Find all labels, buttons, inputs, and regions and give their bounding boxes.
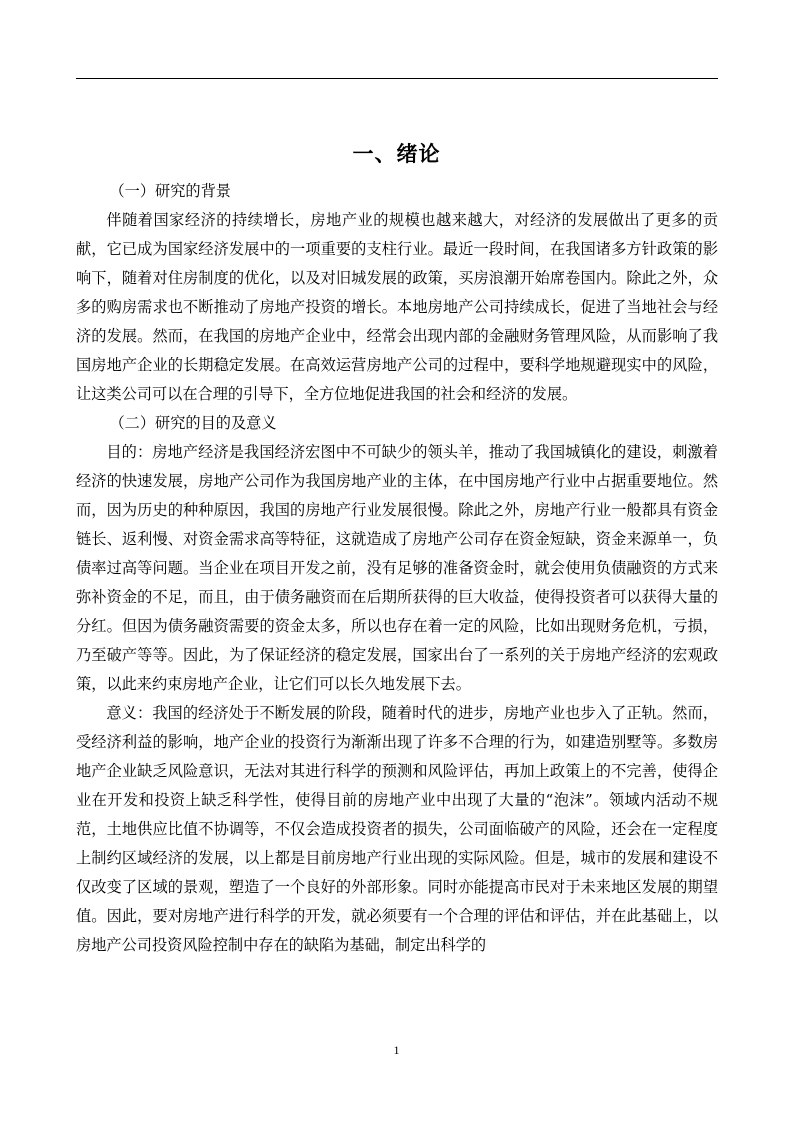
header-rule	[76, 78, 718, 79]
paragraph-background: 伴随着国家经济的持续增长，房地产业的规模也越来越大，对经济的发展做出了更多的贡献…	[76, 206, 718, 409]
paragraph-purpose: 目的：房地产经济是我国经济宏图中不可缺少的领头羊，推动了我国城镇化的建设，刺激着…	[76, 438, 718, 699]
paragraph-significance: 意义：我国的经济处于不断发展的阶段，随着时代的进步，房地产业也步入了正轨。然而，…	[76, 699, 718, 960]
page-number: 1	[0, 1043, 793, 1058]
section-heading-purpose: （二）研究的目的及意义	[76, 409, 718, 438]
chapter-title: 一、绪论	[0, 138, 793, 168]
document-body: （一）研究的背景 伴随着国家经济的持续增长，房地产业的规模也越来越大，对经济的发…	[76, 177, 718, 960]
section-heading-background: （一）研究的背景	[76, 177, 718, 206]
